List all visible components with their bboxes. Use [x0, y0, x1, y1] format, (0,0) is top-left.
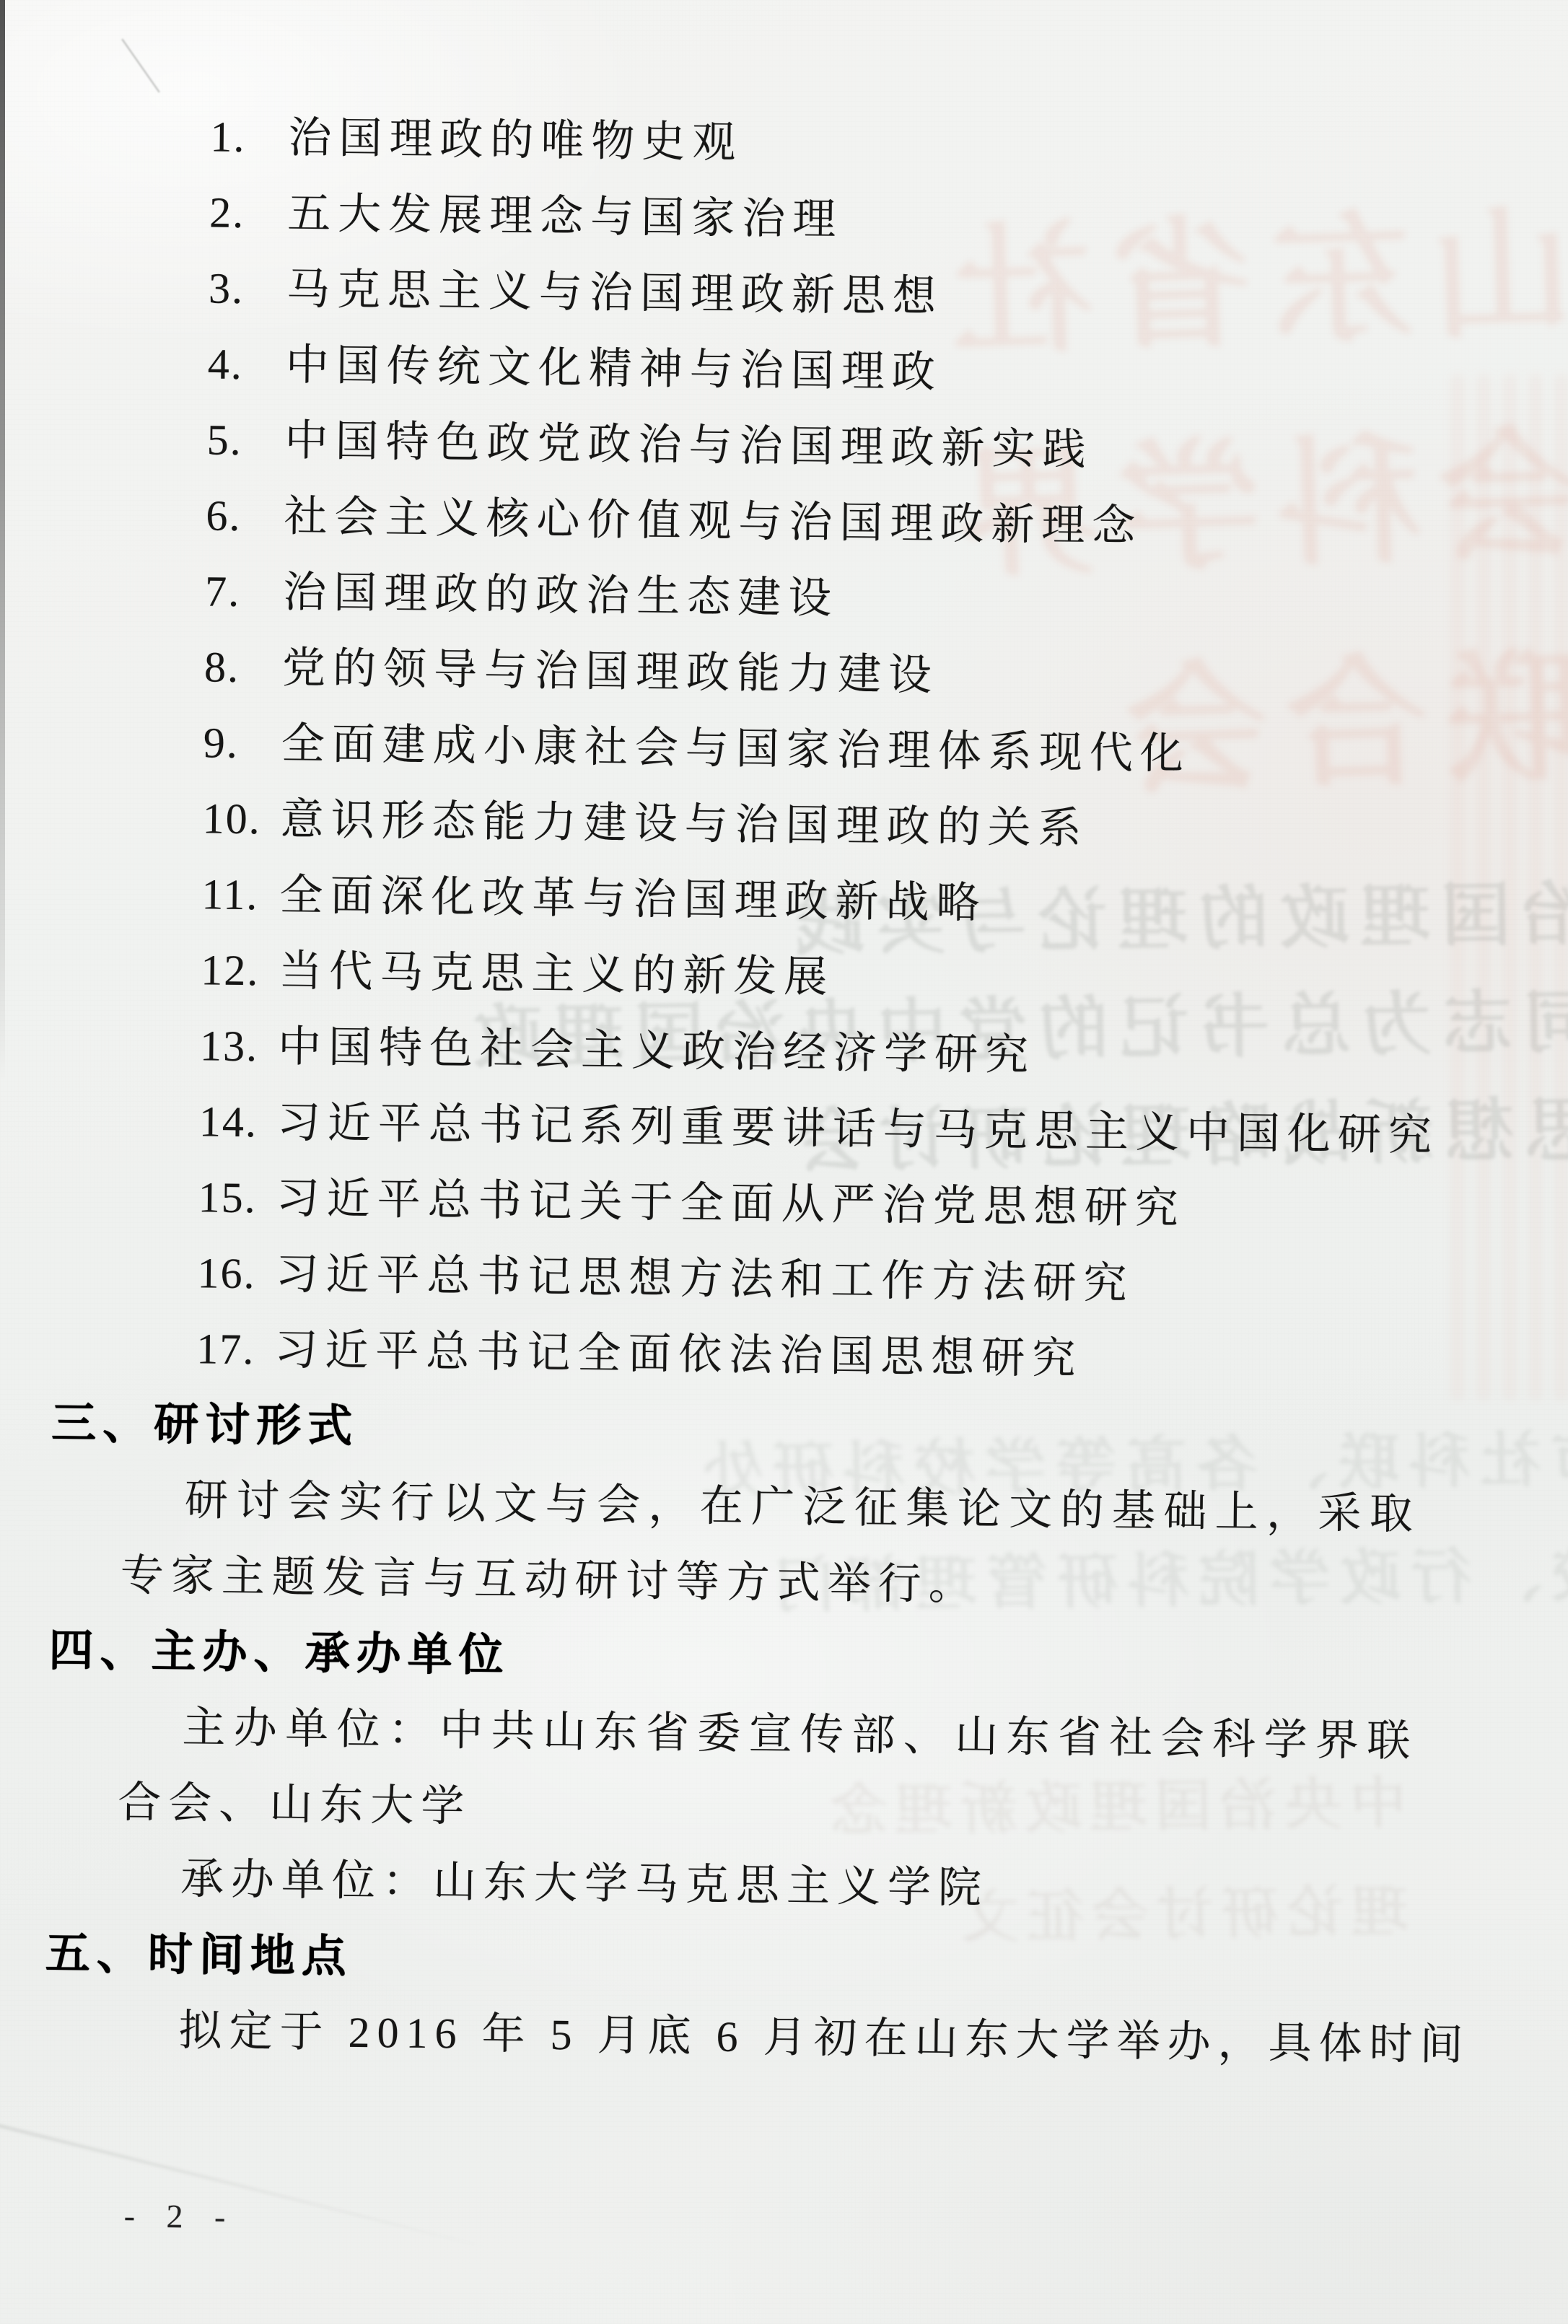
item-number: 17. — [196, 1311, 275, 1387]
numbered-topic-item: 17.习近平总书记全面依法治国思想研究 — [196, 1311, 1554, 1402]
item-text: 意识形态能力建设与治国理政的关系 — [280, 796, 1089, 853]
item-text: 治国理政的政治生态建设 — [283, 569, 839, 623]
paragraph-discussion-format: 研讨会实行以文与会，在广泛征集论文的基础上，采取专家主题发言与互动研讨等方式举行… — [120, 1462, 1420, 1628]
item-text: 中国特色政党政治与治国理政新实践 — [284, 417, 1093, 474]
item-number: 4. — [207, 326, 286, 403]
item-number: 10. — [202, 781, 281, 857]
item-number: 7. — [205, 553, 284, 630]
item-text: 习近平总书记系列重要讲话与马克思主义中国化研究 — [277, 1099, 1440, 1159]
paragraph-time-place: 拟定于 2016 年 5 月底 6 月初在山东大学举办，具体时间 — [115, 1992, 1546, 2084]
scanned-notice-page: { "colors": { "paper": "#f0f1ef", "ink":… — [0, 0, 1568, 2324]
document-body: 1.治国理政的唯物史观 2.五大发展理念与国家治理 3.马克思主义与治国理政新思… — [0, 0, 1568, 2324]
item-text: 马克思主义与治国理政新思想 — [286, 266, 944, 320]
item-text: 习近平总书记全面依法治国思想研究 — [274, 1326, 1083, 1383]
item-number: 9. — [203, 705, 281, 781]
page-number: - 2 - — [123, 2178, 237, 2255]
item-number: 8. — [203, 629, 282, 706]
item-text: 治国理政的唯物史观 — [288, 114, 743, 167]
item-text: 当代马克思主义的新发展 — [279, 947, 835, 1001]
paragraph-host-units: 主办单位：中共山东省委宣传部、山东省社会科学界联合会、山东大学 — [118, 1689, 1418, 1855]
item-text: 习近平总书记思想方法和工作方法研究 — [275, 1250, 1134, 1307]
item-text: 五大发展理念与国家治理 — [287, 190, 844, 244]
item-text: 社会主义核心价值观与治国理政新理念 — [284, 493, 1143, 550]
item-text: 习近平总书记关于全面从严治党思想研究 — [276, 1175, 1186, 1232]
item-number: 15. — [198, 1159, 276, 1236]
item-text: 全面建成小康社会与国家治理体系现代化 — [281, 720, 1191, 778]
item-number: 12. — [201, 932, 279, 1009]
left-edge-scan-shadow — [0, 0, 5, 1082]
item-number: 6. — [206, 478, 284, 554]
item-text: 中国特色社会主义政治经济学研究 — [278, 1023, 1036, 1079]
item-number: 14. — [198, 1084, 277, 1160]
item-number: 11. — [201, 856, 280, 933]
item-number: 1. — [210, 99, 289, 175]
item-number: 2. — [209, 175, 288, 251]
item-number: 13. — [200, 1008, 279, 1084]
item-number: 5. — [206, 402, 285, 478]
item-text: 中国传统文化精神与治国理政 — [285, 341, 942, 396]
item-text: 党的领导与治国理政能力建设 — [282, 644, 940, 699]
item-text: 全面深化改革与治国理政新战略 — [279, 872, 987, 927]
item-number: 16. — [197, 1235, 276, 1312]
item-number: 3. — [208, 250, 286, 327]
